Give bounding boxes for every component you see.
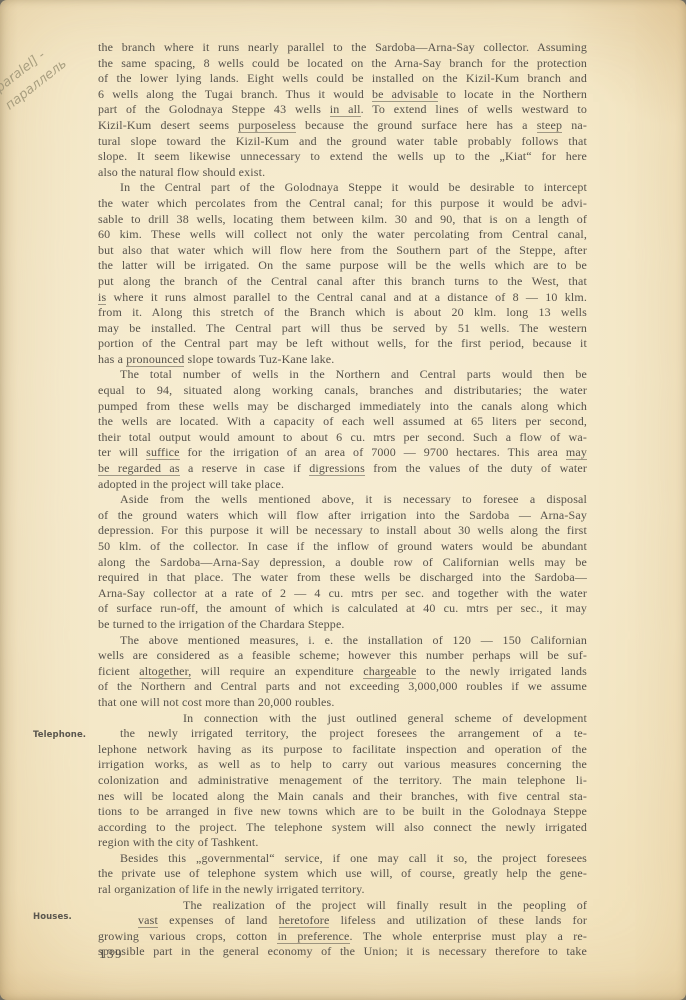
text-segment: wells are considered as a feasible schem…: [98, 648, 587, 662]
text-line: Kizil-Kum desert seems purposeless becau…: [98, 118, 587, 134]
text-segment: to locate in the Northern: [438, 87, 587, 101]
text-line: may be installed. The Central part will …: [98, 321, 587, 337]
text-segment: na-: [562, 118, 587, 132]
underlined-text: be regarded as: [98, 461, 180, 476]
text-line: ral organization of life in the newly ir…: [98, 882, 587, 898]
text-line: the same spacing, 8 wells could be locat…: [98, 56, 587, 72]
text-segment: for the irrigation of an area of 7000 — …: [180, 445, 566, 459]
text-segment: put along the branch of the Central cana…: [98, 274, 587, 288]
underlined-text: purposeless: [238, 118, 296, 133]
text-line: pumped from these wells may be discharge…: [98, 399, 587, 415]
paragraph: In connection with the just outlined gen…: [98, 711, 587, 851]
text-line: colonization and administrative menageme…: [98, 773, 587, 789]
handwritten-margin-note: [paralel] - параллель: [0, 39, 72, 117]
text-segment: portion of the Central part may be left …: [98, 336, 587, 350]
text-segment: nes will be located along the Main canal…: [98, 789, 587, 803]
text-segment: their total output would amount to about…: [98, 430, 587, 444]
text-segment: of the ground waters which will flow aft…: [98, 508, 587, 522]
text-segment: The total number of wells in the Norther…: [120, 367, 587, 381]
text-segment: depression. For this purpose it will be …: [98, 523, 587, 537]
text-segment: . To extend lines of wells westward to: [361, 102, 587, 116]
text-line: the latter will be irrigated. On the sam…: [98, 258, 587, 274]
text-line: according to the project. The telephone …: [98, 820, 587, 836]
text-line: ficient altogether, will require an expe…: [98, 664, 587, 680]
margin-label-telephone: Telephone.: [33, 730, 86, 740]
text-segment: will require an expenditure: [191, 664, 363, 678]
text-segment: along the Sardoba—Arna-Say depression, a…: [98, 555, 587, 569]
underlined-text: digressions: [309, 461, 365, 476]
text-segment: that one will not cost more than 20,000 …: [98, 695, 335, 709]
text-line: but also that water which will flow here…: [98, 243, 587, 259]
text-line: also the natural flow should exist.: [98, 165, 587, 181]
text-segment: 50 klm. of the collector. In case if the…: [98, 539, 587, 553]
underlined-text: may: [566, 445, 587, 460]
text-segment: according to the project. The telephone …: [98, 820, 587, 834]
underlined-text: steep: [537, 118, 562, 133]
text-line: required in that place. The water from t…: [98, 570, 587, 586]
text-segment: sable to drill 38 wells, locating them b…: [98, 212, 587, 226]
text-line: the wells are located. With a capacity o…: [98, 414, 587, 430]
underlined-text: chargeable: [363, 664, 416, 679]
text-segment: Besides this „governmental“ service, if …: [120, 851, 587, 865]
text-segment: also the natural flow should exist.: [98, 165, 265, 179]
text-segment: slope. It seem likewise unnecessary to e…: [98, 149, 587, 163]
text-segment: Aside from the wells mentioned above, it…: [120, 492, 587, 506]
underlined-text: pronounced: [126, 352, 184, 367]
text-segment: tural slope toward the Kizil-Kum and the…: [98, 134, 587, 148]
text-segment: The realization of the project will fina…: [183, 898, 587, 912]
text-segment: Arna-Say collector at a rate of 2 — 4 cu…: [98, 586, 587, 600]
text-line: of the lower lying lands. Eight wells co…: [98, 71, 587, 87]
text-segment: growing various crops, cotton: [98, 929, 277, 943]
paragraph: Besides this „governmental“ service, if …: [98, 851, 587, 898]
text-line: depression. For this purpose it will be …: [98, 523, 587, 539]
text-line: The above mentioned measures, i. e. the …: [98, 633, 587, 649]
text-line: along the Sardoba—Arna-Say depression, a…: [98, 555, 587, 571]
text-segment: tions to be arranged in five new towns w…: [98, 804, 587, 818]
text-segment: part of the Golodnaya Steppe 43 wells: [98, 102, 330, 116]
underlined-text: heretofore: [279, 913, 330, 928]
text-line: the private use of telephone system whic…: [98, 866, 587, 882]
text-segment: ficient: [98, 664, 139, 678]
text-line: The realization of the project will fina…: [98, 898, 587, 914]
text-line: has a pronounced slope towards Tuz-Kane …: [98, 352, 587, 368]
text-segment: be turned to the irrigation of the Chard…: [98, 617, 345, 631]
margin-label-houses: Houses.: [33, 912, 72, 922]
text-segment: ter will: [98, 445, 146, 459]
text-segment: the branch where it runs nearly parallel…: [98, 40, 587, 54]
text-line: Aside from the wells mentioned above, it…: [98, 492, 587, 508]
text-segment: the private use of telephone system whic…: [98, 866, 587, 880]
text-segment: adopted in the project will take place.: [98, 477, 284, 491]
text-segment: 6 wells along the Tugai branch. Thus it …: [98, 87, 372, 101]
text-line: sable to drill 38 wells, locating them b…: [98, 212, 587, 228]
text-line: of the Northern and Central parts and no…: [98, 679, 587, 695]
text-segment: colonization and administrative menageme…: [98, 773, 587, 787]
text-line: sponsible part in the general economy of…: [98, 944, 587, 960]
document-page: [paralel] - параллель Telephone. Houses.…: [0, 0, 686, 1000]
text-line: part of the Golodnaya Steppe 43 wells in…: [98, 102, 587, 118]
text-line: put along the branch of the Central cana…: [98, 274, 587, 290]
text-line: from it. Along this stretch of the Branc…: [98, 305, 587, 321]
text-line: Besides this „governmental“ service, if …: [98, 851, 587, 867]
text-segment: the water which percolates from the Cent…: [98, 196, 587, 210]
underlined-text: be advisable: [372, 87, 438, 102]
paragraph: Aside from the wells mentioned above, it…: [98, 492, 587, 632]
underlined-text: vast: [138, 913, 158, 928]
text-line: is where it runs almost parallel to the …: [98, 290, 587, 306]
text-line: that one will not cost more than 20,000 …: [98, 695, 587, 711]
text-segment: the wells are located. With a capacity o…: [98, 414, 587, 428]
paragraph: In the Central part of the Golodnaya Ste…: [98, 180, 587, 367]
text-line: 50 klm. of the collector. In case if the…: [98, 539, 587, 555]
text-line: the newly irrigated territory, the proje…: [98, 726, 587, 742]
text-line: the water which percolates from the Cent…: [98, 196, 587, 212]
text-segment: equal to 94, situated along working cana…: [98, 383, 587, 397]
text-segment: 60 kim. These wells will collect not onl…: [98, 227, 587, 241]
underlined-text: altogether,: [139, 664, 191, 679]
text-segment: Kizil-Kum desert seems: [98, 118, 238, 132]
text-line: adopted in the project will take place.: [98, 477, 587, 493]
text-segment: ral organization of life in the newly ir…: [98, 882, 365, 896]
text-line: their total output would amount to about…: [98, 430, 587, 446]
text-line: nes will be located along the Main canal…: [98, 789, 587, 805]
text-segment: slope towards Tuz-Kane lake.: [184, 352, 334, 366]
underlined-text: in preference: [277, 929, 349, 944]
underlined-text: suffice: [146, 445, 179, 460]
text-segment: region with the city of Tashkent.: [98, 835, 259, 849]
text-segment: of the lower lying lands. Eight wells co…: [98, 71, 587, 85]
text-line: In connection with the just outlined gen…: [98, 711, 587, 727]
paragraph: The realization of the project will fina…: [98, 898, 587, 960]
text-segment: In the Central part of the Golodnaya Ste…: [120, 180, 587, 194]
page-number: 139: [99, 946, 123, 962]
text-line: Arna-Say collector at a rate of 2 — 4 cu…: [98, 586, 587, 602]
text-line: tural slope toward the Kizil-Kum and the…: [98, 134, 587, 150]
text-segment: the same spacing, 8 wells could be locat…: [98, 56, 587, 70]
text-line: portion of the Central part may be left …: [98, 336, 587, 352]
text-line: of the ground waters which will flow aft…: [98, 508, 587, 524]
text-segment: the newly irrigated territory, the proje…: [120, 726, 587, 740]
text-segment: lephone network having as its purpose to…: [98, 742, 587, 756]
text-line: equal to 94, situated along working cana…: [98, 383, 587, 399]
text-line: be turned to the irrigation of the Chard…: [98, 617, 587, 633]
text-segment: expenses of land: [158, 913, 279, 927]
text-segment: may be installed. The Central part will …: [98, 321, 587, 335]
text-segment: lifeless and utilization of these lands …: [329, 913, 587, 927]
text-line: growing various crops, cotton in prefere…: [98, 929, 587, 945]
text-segment: . The whole enterprise must play a re-: [350, 929, 588, 943]
text-segment: to the newly irrigated lands: [416, 664, 587, 678]
paragraph: The above mentioned measures, i. e. the …: [98, 633, 587, 711]
text-line: irrigation works, as well as to help to …: [98, 757, 587, 773]
paragraph: the branch where it runs nearly parallel…: [98, 40, 587, 180]
text-line: ter will suffice for the irrigation of a…: [98, 445, 587, 461]
text-segment: sponsible part in the general economy of…: [98, 944, 587, 958]
paragraph: The total number of wells in the Norther…: [98, 367, 587, 492]
text-segment: irrigation works, as well as to help to …: [98, 757, 587, 771]
text-segment: from it. Along this stretch of the Branc…: [98, 305, 587, 319]
text-segment: In connection with the just outlined gen…: [183, 711, 587, 725]
text-line: lephone network having as its purpose to…: [98, 742, 587, 758]
text-segment: but also that water which will flow here…: [98, 243, 587, 257]
text-line: The total number of wells in the Norther…: [98, 367, 587, 383]
text-segment: required in that place. The water from t…: [98, 570, 587, 584]
text-line: tions to be arranged in five new towns w…: [98, 804, 587, 820]
text-line: of surface run-off, the amount of which …: [98, 601, 587, 617]
text-line: slope. It seem likewise unnecessary to e…: [98, 149, 587, 165]
text-line: 6 wells along the Tugai branch. Thus it …: [98, 87, 587, 103]
text-segment: from the values of the duty of water: [365, 461, 587, 475]
text-line: 60 kim. These wells will collect not onl…: [98, 227, 587, 243]
text-segment: a reserve in case if: [180, 461, 310, 475]
text-segment: because the ground surface here has a: [296, 118, 537, 132]
text-segment: of the Northern and Central parts and no…: [98, 679, 587, 693]
underlined-text: in all: [330, 102, 361, 117]
text-line: wells are considered as a feasible schem…: [98, 648, 587, 664]
text-segment: has a: [98, 352, 126, 366]
text-line: vast expenses of land heretofore lifeles…: [98, 913, 587, 929]
text-segment: of surface run-off, the amount of which …: [98, 601, 587, 615]
text-block: the branch where it runs nearly parallel…: [98, 40, 587, 960]
text-line: region with the city of Tashkent.: [98, 835, 587, 851]
text-line: the branch where it runs nearly parallel…: [98, 40, 587, 56]
text-segment: The above mentioned measures, i. e. the …: [120, 633, 587, 647]
text-segment: the latter will be irrigated. On the sam…: [98, 258, 587, 272]
text-segment: pumped from these wells may be discharge…: [98, 399, 587, 413]
text-line: be regarded as a reserve in case if digr…: [98, 461, 587, 477]
text-segment: where it runs almost parallel to the Cen…: [106, 290, 587, 304]
text-line: In the Central part of the Golodnaya Ste…: [98, 180, 587, 196]
